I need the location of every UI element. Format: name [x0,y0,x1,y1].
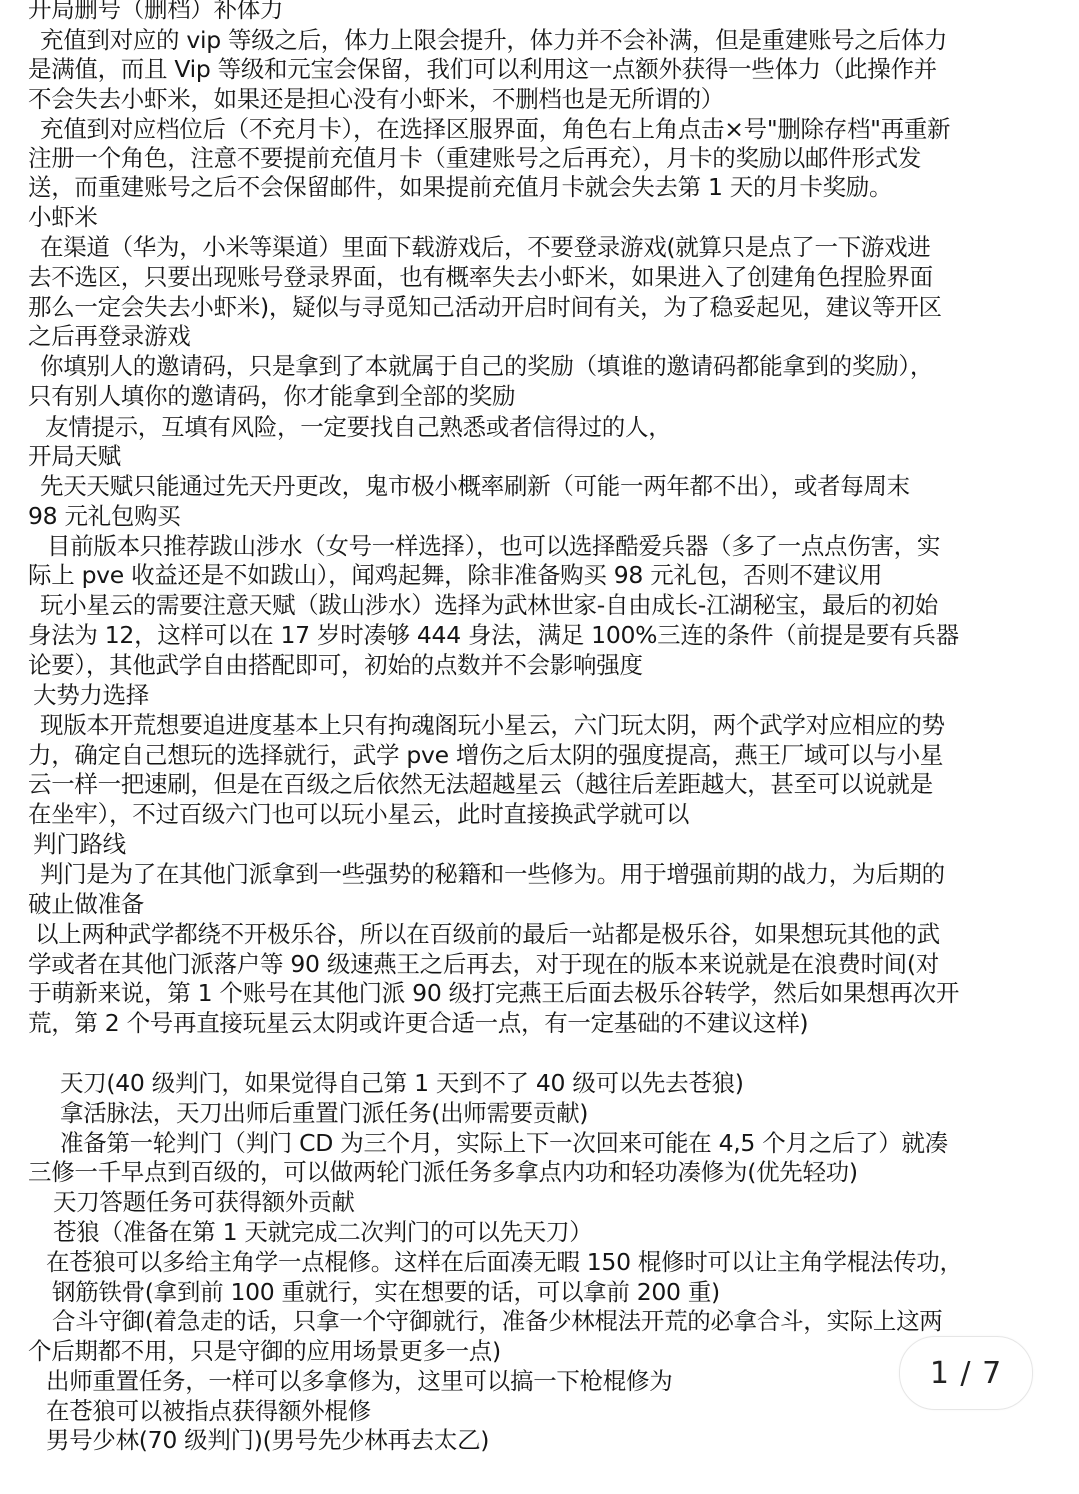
text-line: 准备第一轮判门（判门 CD 为三个月，实际上下一次回来可能在 4,5 个月之后了… [60,1128,948,1158]
text-line: 际上 pve 收益还是不如跋山），闻鸡起舞，除非准备购买 98 元礼包，否则不建… [28,560,882,590]
text-line: 判门是为了在其他门派拿到一些强势的秘籍和一些修为。用于增强前期的战力，为后期的 [40,859,945,889]
text-line: 在苍狼可以被指点获得额外棍修 [46,1396,371,1426]
text-line: 学或者在其他门派落户等 90 级速燕王之后再去，对于现在的版本来说就是在浪费时间… [28,949,939,979]
text-line: 拿活脉法，天刀出师后重置门派任务(出师需要贡献) [60,1098,588,1128]
text-line: 送，而重建账号之后不会保留邮件，如果提前充值月卡就会失去第 1 天的月卡奖励。 [28,172,892,202]
text-line: 不会失去小虾米，如果还是担心没有小虾米，不删档也是无所谓的） [28,84,724,114]
text-line: 98 元礼包购买 [28,501,180,531]
text-line: 那么一定会失去小虾米)，疑似与寻觅知己活动开启时间有关，为了稳妥起见，建议等开区 [28,292,942,322]
text-line: 男号少林(70 级判门)(男号先少林再去太乙) [46,1425,489,1455]
text-line: 玩小星云的需要注意天赋（跋山涉水）选择为武林世家-自由成长-江湖秘宝，最后的初始 [40,590,938,620]
text-line: 目前版本只推荐跋山涉水（女号一样选择），也可以选择酷爱兵器（多了一点点伤害，实 [47,531,940,561]
text-line: 只有别人填你的邀请码，你才能拿到全部的奖励 [28,381,515,411]
text-line: 是满值，而且 Vip 等级和元宝会保留，我们可以利用这一点额外获得一些体力（此操… [28,54,937,84]
document-page: 开局删号（删档）补体力充值到对应的 vip 等级之后，体力上限会提升，体力并不会… [0,0,1079,1494]
text-line: 三修一千早点到百级的，可以做两轮门派任务多拿点内功和轻功凑修为(优先轻功) [28,1157,858,1187]
text-line: 之后再登录游戏 [28,321,190,351]
text-line: 云一样一把速刷，但是在百级之后依然无法超越星云（越往后差距越大，甚至可以说就是 [28,769,933,799]
text-line: 个后期都不用，只是守御的应用场景更多一点) [28,1336,501,1366]
text-line: 大势力选择 [33,680,149,710]
text-line: 开局天赋 [28,441,121,471]
text-line: 充值到对应档位后（不充月卡），在选择区服界面，角色右上角点击×号"删除存档"再重… [40,114,950,144]
text-line: 注册一个角色，注意不要提前充值月卡（重建账号之后再充），月卡的奖励以邮件形式发 [28,143,921,173]
text-line: 充值到对应的 vip 等级之后，体力上限会提升，体力并不会补满，但是重建账号之后… [40,25,947,55]
page-indicator: 1 / 7 [899,1336,1033,1410]
text-line: 以上两种武学都绕不开极乐谷，所以在百级前的最后一站都是极乐谷，如果想玩其他的武 [35,919,940,949]
text-line: 论要），其他武学自由搭配即可，初始的点数并不会影响强度 [28,650,643,680]
text-line: 力，确定自己想玩的选择就行，武学 pve 增伤之后太阴的强度提高，燕王厂域可以与… [28,740,943,770]
text-line: 在苍狼可以多给主角学一点棍修。这样在后面凑无暇 150 棍修时可以让主角学棍法传… [46,1247,963,1277]
text-line: 开局删号（删档）补体力 [28,0,283,24]
text-line: 苍狼（准备在第 1 天就完成二次判门的可以先天刀） [53,1217,592,1247]
text-line: 合斗守御(着急走的话，只拿一个守御就行，准备少林棍法开荒的必拿合斗，实际上这两 [52,1306,942,1336]
page-indicator-label: 1 / 7 [930,1356,1002,1391]
text-line: 荒，第 2 个号再直接玩星云太阴或许更合适一点，有一定基础的不建议这样) [28,1008,808,1038]
text-line: 天刀答题任务可获得额外贡献 [53,1187,355,1217]
text-line: 于萌新来说，第 1 个账号在其他门派 90 级打完燕王后面去极乐谷转学，然后如果… [28,978,959,1008]
text-line: 判门路线 [33,829,126,859]
text-line: 钢筋铁骨(拿到前 100 重就行，实在想要的话，可以拿前 200 重) [52,1277,720,1307]
text-line: 身法为 12，这样可以在 17 岁时凑够 444 身法，满足 100%三连的条件… [28,620,959,650]
text-line: 小虾米 [28,202,98,232]
text-line: 友情提示，互填有风险，一定要找自己熟悉或者信得过的人， [45,412,671,442]
text-line: 现版本开荒想要追进度基本上只有拘魂阁玩小星云，六门玩太阴，两个武学对应相应的势 [40,710,945,740]
text-line: 去不选区，只要出现账号登录界面，也有概率失去小虾米，如果进入了创建角色捏脸界面 [28,262,933,292]
text-line: 在坐牢），不过百级六门也可以玩小星云，此时直接换武学就可以 [28,799,689,829]
text-line: 天刀(40 级判门，如果觉得自己第 1 天到不了 40 级可以先去苍狼) [60,1068,744,1098]
text-line: 你填别人的邀请码，只是拿到了本就属于自己的奖励（填谁的邀请码都能拿到的奖励）， [40,351,933,381]
text-line: 先天天赋只能通过先天丹更改，鬼市极小概率刷新（可能一两年都不出），或者每周末 [40,471,910,501]
text-line: 在渠道（华为，小米等渠道）里面下载游戏后，不要登录游戏(就算只是点了一下游戏进 [40,232,930,262]
text-line: 出师重置任务，一样可以多拿修为，这里可以搞一下枪棍修为 [46,1366,672,1396]
text-line: 破止做准备 [28,889,144,919]
